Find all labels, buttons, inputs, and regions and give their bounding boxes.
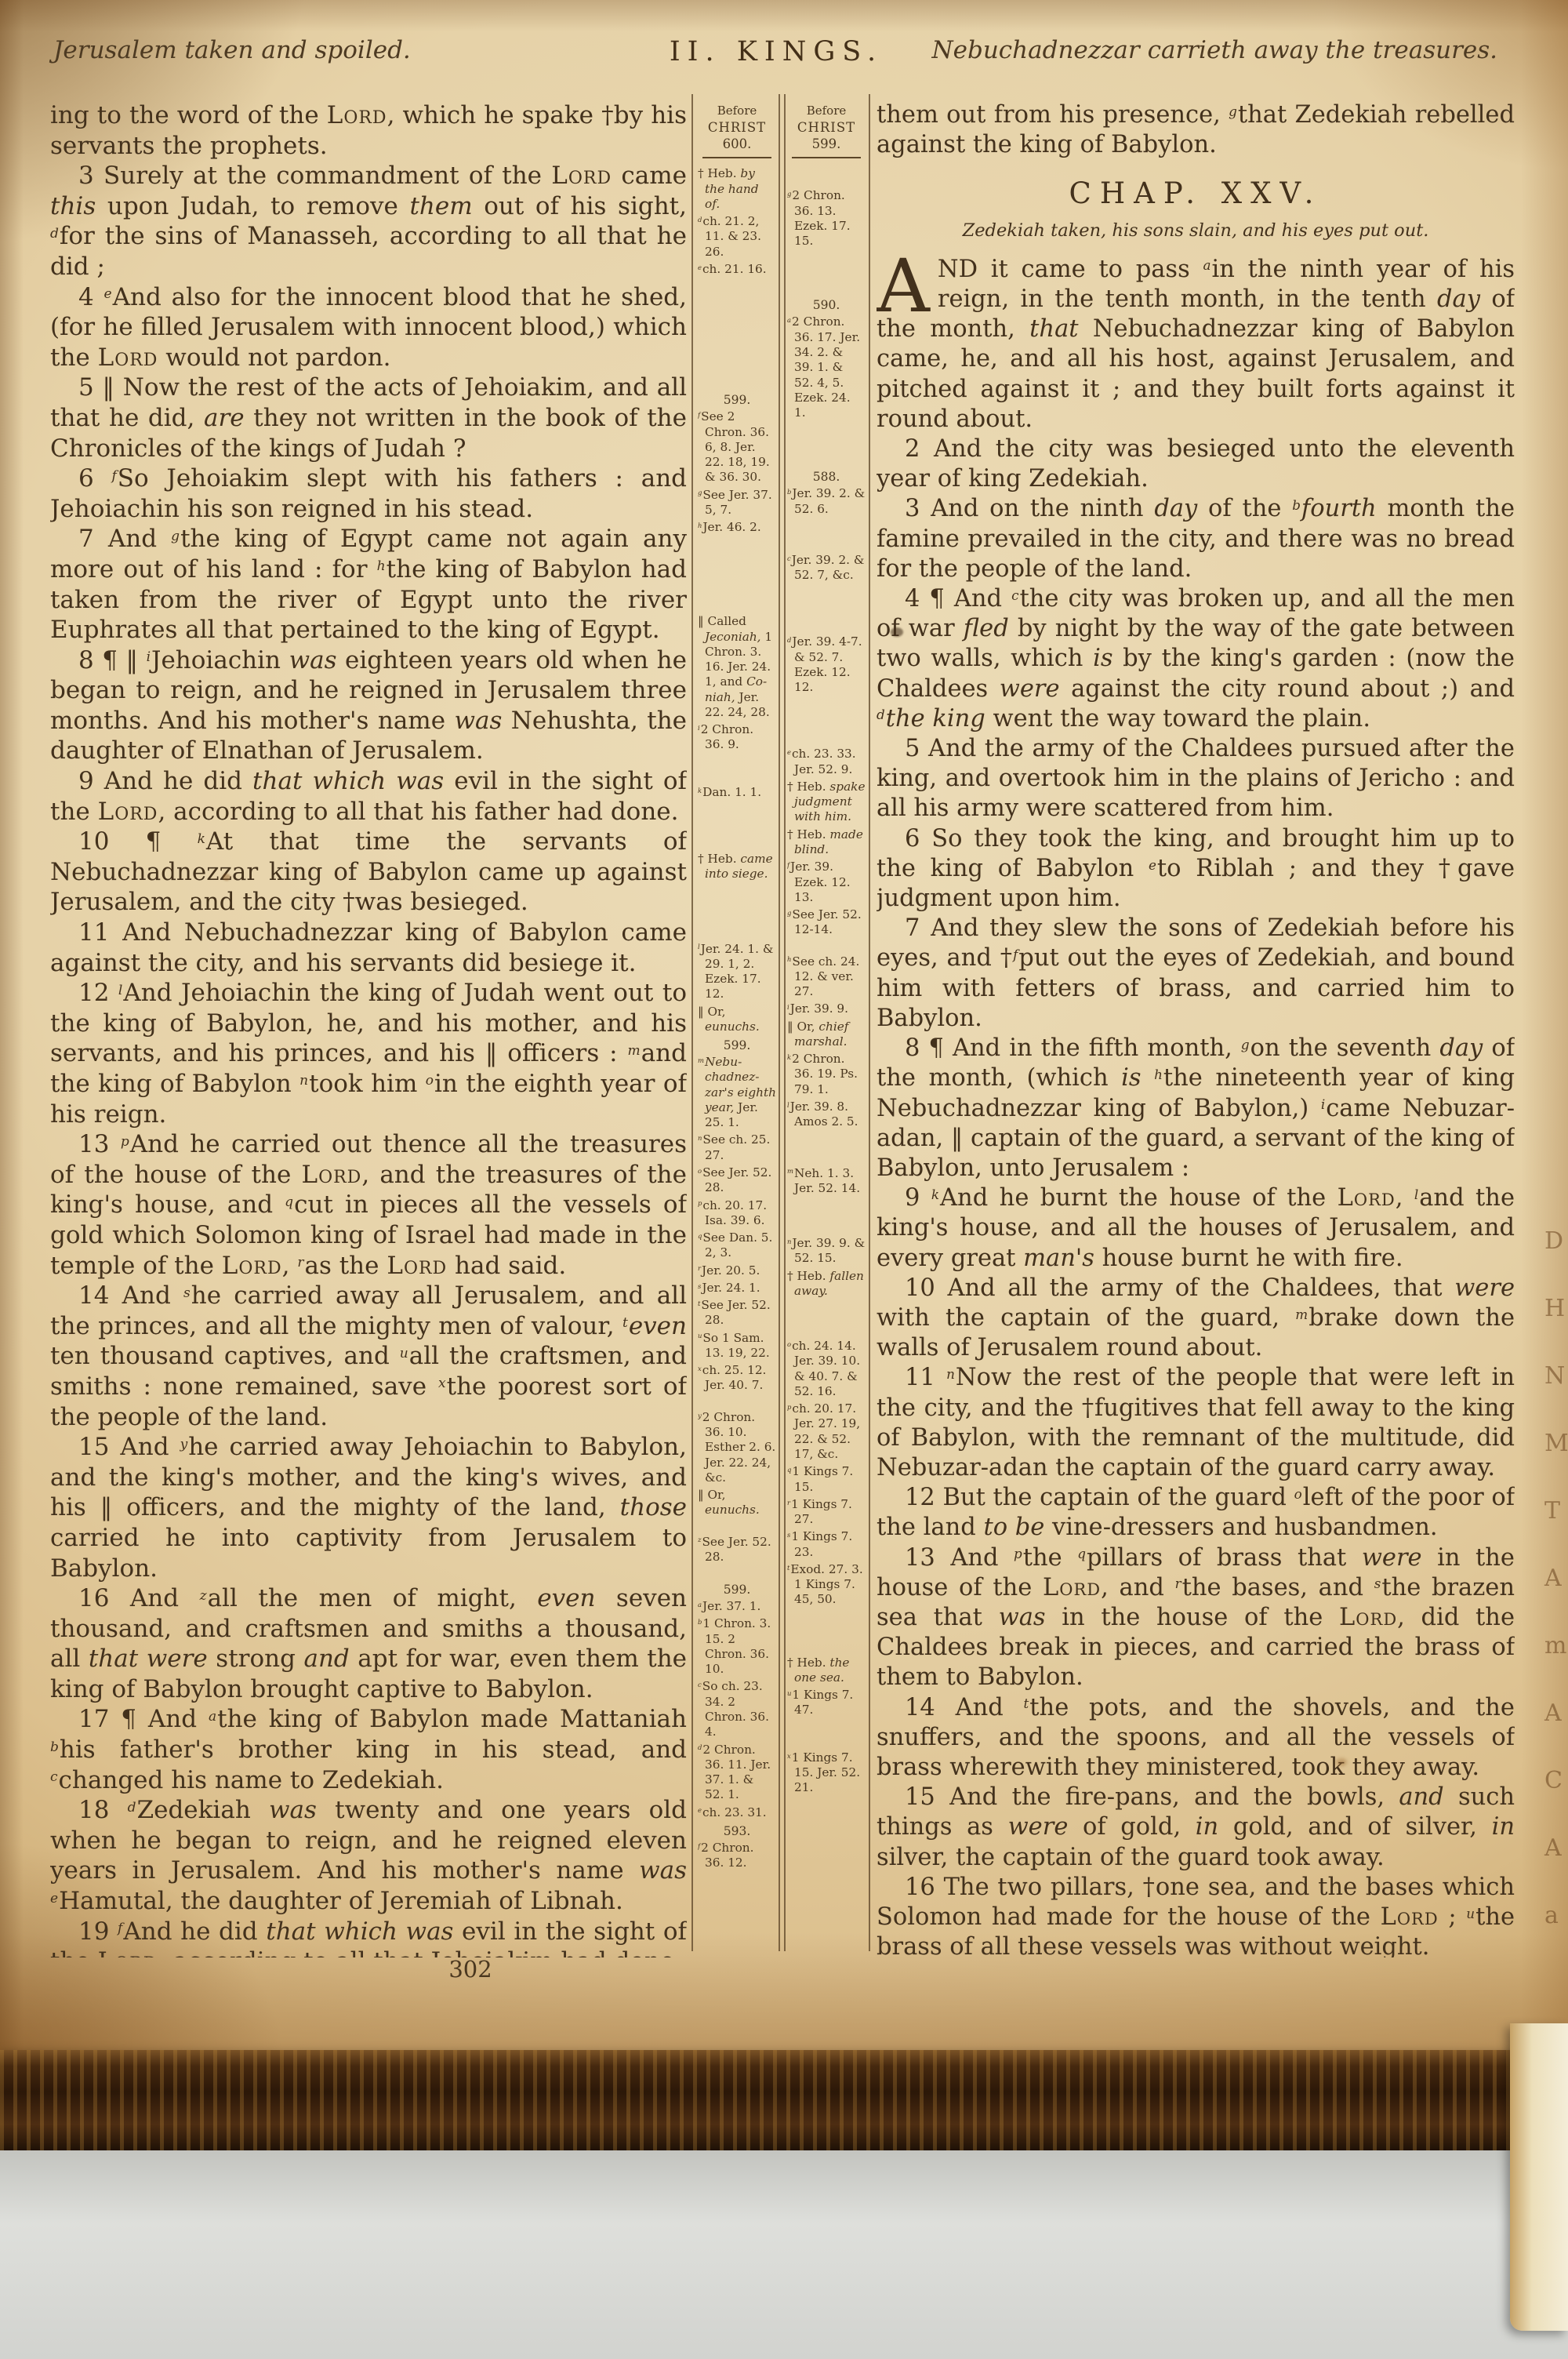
margin-note: ech. 23. 31. (698, 1805, 776, 1820)
ref-letter: m (787, 1167, 793, 1175)
spacer (787, 940, 866, 952)
verse: 13 And pthe qpillars of brass that were … (877, 1543, 1515, 1693)
edge-letter: M (1534, 1410, 1568, 1478)
margin-note: ‖ Or, chief marshal. (787, 1020, 866, 1050)
verse: 7 And they slew the sons of Zedekiah bef… (877, 914, 1515, 1034)
chapter-heading: CHAP. XXV. (877, 179, 1515, 209)
ref-letter: i (787, 1003, 789, 1011)
spacer (787, 1198, 866, 1234)
verse: 5 ‖ Now the rest of the acts of Jehoiaki… (50, 373, 687, 463)
before-christ-header: Before CHRIST 599. (787, 100, 866, 158)
margin-note: lJer. 39. 8. Amos 2. 5. (787, 1100, 866, 1130)
ref-letter: f (698, 411, 700, 419)
margin-note: rJer. 20. 5. (698, 1263, 776, 1278)
verse: 17 ¶ And athe king of Babylon made Matta… (50, 1704, 687, 1795)
margin-note: q1 Kings 7. 15. (787, 1464, 866, 1495)
right-text-column: them out from his presence, gthat Zedeki… (877, 100, 1515, 1957)
verse: 19 fAnd he did that which was evil in th… (50, 1917, 687, 1957)
ref-letter: q (1077, 1546, 1086, 1561)
verse: 11 nNow the rest of the people that were… (877, 1363, 1515, 1483)
edge-letter: m (1534, 1612, 1568, 1680)
margin-note: oSee Jer. 52. 28. (698, 1165, 776, 1196)
ref-letter: t (787, 1564, 789, 1572)
ref-letter: m (628, 1043, 641, 1059)
ref-letter: q (285, 1194, 293, 1210)
ref-letter: d (877, 707, 885, 722)
ref-letter: n (698, 1134, 702, 1142)
ref-letter: g (787, 190, 791, 198)
bc-line: Before (787, 104, 866, 119)
edge-letter: A (1534, 1815, 1568, 1882)
before-christ-header: Before CHRIST 600. (698, 100, 776, 158)
verse: ing to the word of the Lord, which he sp… (50, 100, 687, 161)
spacer (787, 585, 866, 632)
ref-letter: c (698, 1681, 702, 1688)
spacer (698, 885, 776, 940)
verse: 8 ¶ And in the fifth month, gon the seve… (877, 1034, 1515, 1183)
verse: 4 eAnd also for the innocent blood that … (50, 282, 687, 373)
ref-letter: g (171, 529, 180, 544)
ref-letter: a (698, 1601, 702, 1608)
ref-letter: i (1321, 1096, 1325, 1112)
margin-note: gSee Jer. 37. 5, 7. (698, 488, 776, 518)
margin-ref-column-1: Before CHRIST 600. † Heb. by the hand of… (698, 100, 776, 1957)
verse: them out from his presence, gthat Zedeki… (877, 100, 1515, 160)
ref-letter: a (1203, 257, 1210, 273)
margin-note: † Heb. fallen away. (787, 1269, 866, 1299)
ref-letter: z (698, 1536, 701, 1543)
margin-note: ech. 21. 16. (698, 262, 776, 277)
verse: 16 The two pillars, †one sea, and the ba… (877, 1873, 1515, 1957)
verse: 16 And zall the men of might, even seven… (50, 1583, 687, 1704)
ref-letter: t (698, 1299, 700, 1307)
ref-letter: d (698, 216, 702, 224)
ref-letter: p (787, 1403, 791, 1411)
next-page-print-edge: DHNMTAmACAa (1534, 1208, 1568, 1992)
ref-letter: e (698, 1806, 702, 1814)
spacer (787, 1132, 866, 1164)
bc-line: Before (698, 104, 776, 119)
verse: 10 And all the army of the Chaldees, tha… (877, 1274, 1515, 1364)
ref-letter: o (787, 1340, 791, 1348)
ref-letter: r (787, 1499, 790, 1507)
margin-note: fSee 2 Chron. 36. 6, 8. Jer. 22. 18, 19.… (698, 409, 776, 485)
verse: 13 pAnd he carried out thence all the tr… (50, 1129, 687, 1281)
ref-letter: n (299, 1073, 308, 1089)
ref-letter: e (698, 264, 702, 271)
margin-note: hJer. 46. 2. (698, 520, 776, 535)
ref-letter: d (128, 1800, 136, 1816)
ref-letter: u (1466, 1906, 1475, 1921)
column-rule (784, 94, 786, 1951)
ref-letter: g (1241, 1037, 1250, 1052)
year-marker: 593. (698, 1824, 776, 1838)
margin-note: † Heb. came into siege. (698, 852, 776, 882)
verse: 9 kAnd he burnt the house of the Lord, l… (877, 1183, 1515, 1274)
margin-note: pch. 20. 17. Isa. 39. 6. (698, 1198, 776, 1229)
ref-letter: y (180, 1437, 188, 1452)
margin-note: tSee Jer. 52. 28. (698, 1298, 776, 1329)
margin-note: zSee Jer. 52. 28. (698, 1535, 776, 1565)
chapter-summary: Zedekiah taken, his sons slain, and his … (877, 216, 1515, 245)
ref-letter: l (698, 943, 700, 951)
margin-note: ‖ Or, eunuchs. (698, 1488, 776, 1518)
ref-letter: t (622, 1315, 628, 1331)
year-marker: 599. (698, 1038, 776, 1052)
spacer (698, 279, 776, 389)
ref-letter: p (121, 1134, 129, 1150)
margin-note: ech. 23. 33. Jer. 52. 9. (787, 747, 866, 777)
book-fore-edge (0, 2050, 1568, 2150)
ref-letter: e (787, 748, 791, 756)
ref-letter: u (787, 1689, 791, 1697)
ref-letter: r (1175, 1576, 1181, 1591)
ref-letter: g (698, 489, 702, 496)
edge-letter: D (1534, 1208, 1568, 1275)
ref-letter: r (698, 1264, 701, 1272)
ref-letter: d (50, 226, 59, 242)
ref-letter: m (1295, 1307, 1308, 1322)
margin-note: mNebu-chadnez-zar's eighth year, Jer. 25… (698, 1055, 776, 1130)
verse: AND it came to pass ain the ninth year o… (877, 255, 1515, 434)
margin-note: a2 Chron. 36. 17. Jer. 34. 2. & 39. 1. &… (787, 314, 866, 420)
verse: 12 lAnd Jehoiachin the king of Judah wen… (50, 978, 687, 1129)
verse: 11 And Nebuchadnezzar king of Babylon ca… (50, 918, 687, 978)
verse: 15 And the fire-pans, and the bowls, and… (877, 1783, 1515, 1873)
margin-note: † Heb. made blind. (787, 827, 866, 858)
verse: 6 So they took the king, and brought him… (877, 824, 1515, 914)
left-text-column: ing to the word of the Lord, which he sp… (50, 100, 687, 1957)
margin-note: b1 Chron. 3. 15. 2 Chron. 36. 10. (698, 1616, 776, 1677)
ref-letter: h (1154, 1067, 1163, 1082)
ref-letter: x (438, 1376, 446, 1391)
margin-note: i2 Chron. 36. 9. (698, 722, 776, 753)
ref-letter: r (297, 1255, 303, 1270)
verse: 6 fSo Jehoiakim slept with his fathers :… (50, 463, 687, 524)
margin-note: fJer. 39. Ezek. 12. 13. (787, 860, 866, 905)
edge-letter: C (1534, 1747, 1568, 1815)
ref-letter: f (787, 861, 789, 869)
ref-letter: i (147, 649, 151, 665)
margin-note: xch. 25. 12. Jer. 40. 7. (698, 1363, 776, 1394)
ref-letter: f (1013, 947, 1018, 962)
photo-of-bible-page: Jerusalem taken and spoiled. II. KINGS. … (0, 0, 1568, 2359)
margin-note: † Heb. by the hand of. (698, 166, 776, 212)
margin-note: och. 24. 14. Jer. 39. 10. & 40. 7. & 52.… (787, 1339, 866, 1399)
ref-letter: o (1294, 1486, 1302, 1502)
column-rule (779, 94, 780, 1951)
ref-letter: d (698, 1743, 702, 1751)
margin-note: tExod. 27. 3. 1 Kings 7. 45, 50. (787, 1562, 866, 1608)
margin-note: dJer. 39. 4-7. & 52. 7. Ezek. 12. 12. (787, 634, 866, 695)
year-marker: 588. (787, 470, 866, 484)
ref-letter: h (787, 955, 791, 963)
bc-line: 600. (698, 136, 776, 152)
margin-note: y2 Chron. 36. 10. Esther 2. 6. Jer. 22. … (698, 1410, 776, 1485)
ref-letter: k (787, 1053, 791, 1061)
ref-letter: l (1414, 1187, 1418, 1202)
header-rule (702, 157, 771, 158)
margin-note: u1 Kings 7. 47. (787, 1688, 866, 1718)
ref-letter: p (698, 1199, 702, 1207)
margin-note: qSee Dan. 5. 2, 3. (698, 1230, 776, 1261)
margin-note: sJer. 24. 1. (698, 1281, 776, 1296)
year-marker: 599. (698, 393, 776, 407)
edge-letter: T (1534, 1478, 1568, 1545)
margin-note: iJer. 39. 9. (787, 1001, 866, 1016)
margin-note: s1 Kings 7. 23. (787, 1529, 866, 1560)
ref-letter: b (50, 1739, 59, 1755)
edge-letter: H (1534, 1275, 1568, 1343)
bc-line: 599. (787, 136, 866, 152)
edge-letter: A (1534, 1680, 1568, 1747)
margin-note: lJer. 24. 1. & 29. 1, 2. Ezek. 17. 12. (698, 942, 776, 1002)
ref-letter: n (946, 1366, 955, 1382)
verse: 8 ¶ ‖ iJehoiachin was eighteen years old… (50, 645, 687, 766)
year-marker: 599. (698, 1583, 776, 1597)
spacer (698, 1396, 776, 1408)
margin-note: k2 Chron. 36. 19. Ps. 79. 1. (787, 1052, 866, 1097)
ref-letter: b (787, 488, 791, 496)
ref-letter: c (50, 1769, 58, 1785)
margin-note: hSee ch. 24. 12. & ver. 27. (787, 954, 866, 1000)
margin-note: gSee Jer. 52. 12-14. (787, 907, 866, 938)
spacer (787, 1721, 866, 1748)
ref-letter: h (698, 522, 702, 529)
bc-line: CHRIST (787, 119, 866, 136)
ref-letter: i (698, 724, 700, 732)
verse: 2 And the city was besieged unto the ele… (877, 434, 1515, 494)
spacer (698, 802, 776, 849)
ref-letter: e (1149, 857, 1156, 873)
margin-note: cJer. 39. 2. & 52. 7, &c. (787, 553, 866, 583)
margin-note: † Heb. spake judgment with him. (787, 780, 866, 825)
running-head-left: Jerusalem taken and spoiled. (53, 36, 411, 64)
next-page-edge (1510, 2023, 1568, 2331)
ref-letter: d (787, 636, 791, 644)
verse: 12 But the captain of the guard oleft of… (877, 1483, 1515, 1543)
ref-letter: p (1014, 1546, 1022, 1561)
year-marker: 590. (787, 298, 866, 312)
ref-letter: o (698, 1167, 702, 1175)
bc-line: CHRIST (698, 119, 776, 136)
ref-letter: h (377, 558, 386, 574)
verse: 3 Surely at the commandment of the Lord … (50, 161, 687, 282)
verse: 14 And tthe pots, and the shovels, and t… (877, 1693, 1515, 1783)
ref-letter: c (787, 554, 791, 562)
ref-letter: s (787, 1531, 790, 1539)
running-head-right: Nebuchadnezzar carrieth away the treasur… (902, 36, 1497, 64)
ref-letter: c (1011, 587, 1018, 603)
margin-note: g2 Chron. 36. 13. Ezek. 17. 15. (787, 188, 866, 249)
ref-letter: a (787, 316, 791, 324)
margin-note: cSo ch. 23. 34. 2 Chron. 36. 4. (698, 1679, 776, 1739)
margin-note: r1 Kings 7. 27. (787, 1497, 866, 1528)
ref-letter: q (787, 1466, 791, 1474)
ref-letter: s (698, 1282, 701, 1290)
margin-note: nJer. 39. 9. & 52. 15. (787, 1236, 866, 1267)
margin-note: kDan. 1. 1. (698, 785, 776, 800)
ref-letter: s (183, 1285, 191, 1301)
verse: 7 And gthe king of Egypt came not again … (50, 524, 687, 645)
verse: 14 And she carried away all Jerusalem, a… (50, 1281, 687, 1432)
spacer (787, 1610, 866, 1653)
margin-note: pch. 20. 17. Jer. 27. 19, 22. & 52. 17, … (787, 1401, 866, 1462)
verse: 5 And the army of the Chaldees pursued a… (877, 734, 1515, 824)
margin-note: aJer. 37. 1. (698, 1599, 776, 1614)
ref-letter: e (50, 1891, 58, 1906)
verse: 15 And yhe carried away Jehoiachin to Ba… (50, 1432, 687, 1583)
verse: 9 And he did that which was evil in the … (50, 766, 687, 827)
verse: 10 ¶ kAt that time the servants of Nebuc… (50, 827, 687, 918)
margin-note: mNeh. 1. 3. Jer. 52. 14. (787, 1166, 866, 1197)
margin-note: bJer. 39. 2. & 52. 6. (787, 486, 866, 517)
spacer (787, 423, 866, 466)
column-rule (869, 94, 870, 1951)
ref-letter: g (1229, 104, 1237, 119)
ref-letter: m (698, 1056, 704, 1064)
ref-letter: a (209, 1709, 216, 1725)
ref-letter: k (698, 787, 702, 794)
ref-letter: x (698, 1365, 702, 1372)
verse: 18 dZedekiah was twenty and one years ol… (50, 1795, 687, 1916)
spacer (698, 755, 776, 783)
spacer (787, 166, 866, 186)
ref-letter: l (118, 983, 122, 998)
drop-cap: A (877, 255, 938, 314)
ref-letter: o (426, 1073, 434, 1089)
ref-letter: k (931, 1187, 939, 1202)
spacer (787, 1301, 866, 1336)
header-rule (792, 157, 861, 158)
spacer (698, 1521, 776, 1532)
ref-letter: q (698, 1232, 702, 1240)
spacer (787, 251, 866, 294)
margin-note: f2 Chron. 36. 12. (698, 1841, 776, 1871)
ref-letter: l (787, 1101, 789, 1109)
ref-letter: s (1374, 1576, 1381, 1591)
spacer (787, 697, 866, 744)
ref-letter: t (1024, 1696, 1029, 1711)
margin-note: † Heb. the one sea. (787, 1656, 866, 1686)
edge-letter: N (1534, 1343, 1568, 1410)
margin-note: x1 Kings 7. 15. Jer. 52. 21. (787, 1750, 866, 1796)
spacer (698, 537, 776, 612)
ref-letter: e (104, 286, 112, 302)
margin-note: dch. 21. 2, 11. & 23. 26. (698, 214, 776, 260)
ref-letter: f (698, 1842, 700, 1850)
ref-letter: y (698, 1412, 702, 1419)
desk-surface (0, 2150, 1568, 2359)
page-number: 302 (314, 1956, 627, 1983)
spacer (787, 519, 866, 551)
margin-ref-column-2: Before CHRIST 599. g2 Chron. 36. 13. Eze… (787, 100, 866, 1957)
margin-note: nSee ch. 25. 27. (698, 1132, 776, 1163)
margin-note: ‖ Called Jeconiah, 1 Chron. 3. 16. Jer. … (698, 614, 776, 720)
ref-letter: u (698, 1332, 702, 1339)
ref-letter: f (111, 468, 116, 484)
ref-letter: u (400, 1346, 408, 1361)
ref-letter: b (698, 1618, 702, 1626)
verse: 3 And on the ninth day of the bfourth mo… (877, 494, 1515, 584)
ref-letter: x (787, 1752, 791, 1760)
margin-note: d2 Chron. 36. 11. Jer. 37. 1. & 52. 1. (698, 1743, 776, 1803)
ref-letter: g (787, 909, 791, 917)
ref-letter: z (200, 1588, 207, 1604)
spacer (698, 1567, 776, 1579)
verse: 4 ¶ And cthe city was broken up, and all… (877, 584, 1515, 734)
edge-letter: a (1534, 1882, 1568, 1950)
ref-letter: b (1292, 497, 1301, 513)
ref-letter: k (198, 831, 205, 847)
ref-letter: n (787, 1238, 791, 1245)
margin-note: uSo 1 Sam. 13. 19, 22. (698, 1331, 776, 1361)
edge-letter: A (1534, 1545, 1568, 1612)
column-rule (691, 94, 693, 1951)
margin-note: ‖ Or, eunuchs. (698, 1005, 776, 1035)
ref-letter: f (118, 1921, 122, 1936)
